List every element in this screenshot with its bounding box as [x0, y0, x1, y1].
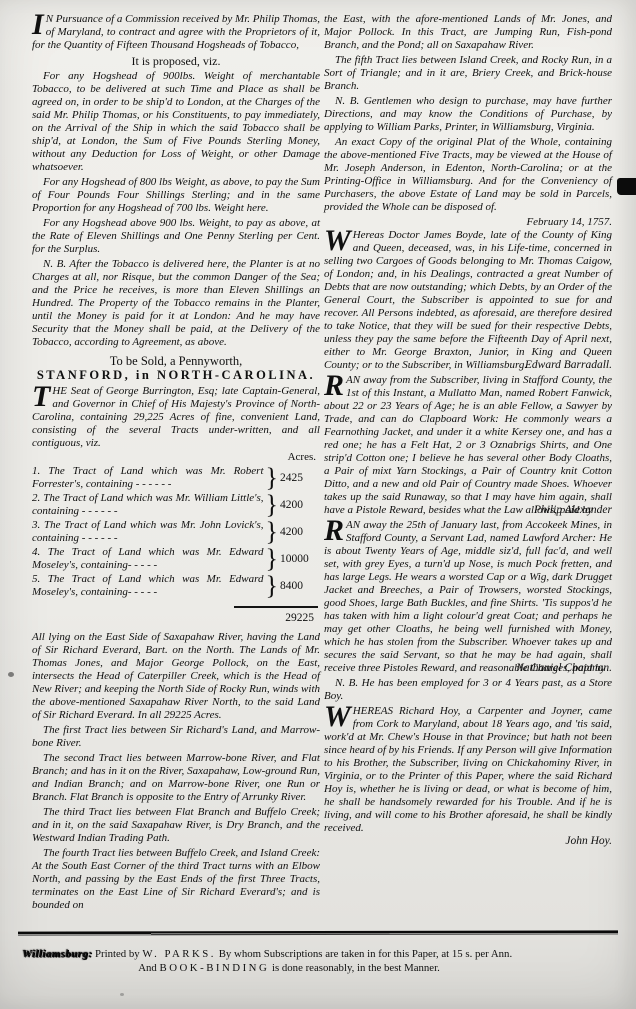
tract-row: 4. The Tract of Land which was Mr. Edwar… — [32, 546, 320, 572]
paragraph-hogshead-800: For any Hogshead of 800 lbs Weight, as a… — [32, 176, 320, 215]
tract-description: 5. The Tract of Land which was Mr. Edwar… — [32, 573, 264, 599]
newspaper-page: IN Pursuance of a Commission received by… — [0, 0, 636, 1009]
date-line: February 14, 1757. — [324, 216, 612, 229]
paragraph-hogshead-above-900: For any Hogshead above 900 lbs. Weight, … — [32, 217, 320, 256]
paragraph-fourth-tract: The fourth Tract lies between Buffelo Cr… — [32, 847, 320, 912]
paragraph-nb-planter: N. B. After the Tobacco is delivered her… — [32, 258, 320, 349]
imprint-line-1: Williamsburg: Printed by W. PARKS. By wh… — [22, 947, 616, 961]
tract-description: 4. The Tract of Land which was Mr. Edwar… — [32, 546, 264, 572]
paper-speck — [8, 672, 14, 677]
imprint-city: Williamsburg: — [22, 948, 92, 960]
imprint-line-2: And BOOK-BINDING is done reasonably, in … — [22, 961, 616, 975]
tract-list: 1. The Tract of Land which was Mr. Rober… — [32, 465, 320, 599]
tract-row: 5. The Tract of Land which was Mr. Edwar… — [32, 573, 320, 599]
tract-row: 2. The Tract of Land which was Mr. Willi… — [32, 492, 320, 518]
paragraph-nb-store-boy: N. B. He has been employed for 3 or 4 Ye… — [324, 677, 612, 703]
tract-description: 2. The Tract of Land which was Mr. Willi… — [32, 492, 264, 518]
tract-description: 3. The Tract of Land which was Mr. John … — [32, 519, 264, 545]
tract-number: 4. — [32, 546, 40, 558]
paragraph-fourth-tract-continued: the East, with the afore-mentioned Lands… — [324, 13, 612, 52]
paragraph-fifth-tract: The fifth Tract lies between Island Cree… — [324, 54, 612, 93]
paragraph-boyde-debts-notice: WHereas Doctor James Boyde, late of the … — [324, 229, 612, 372]
paragraph-third-tract: The third Tract lies between Flat Branch… — [32, 806, 320, 845]
tract-row: 1. The Tract of Land which was Mr. Rober… — [32, 465, 320, 491]
tract-text: The Tract of Land which was Mr. John Lov… — [32, 519, 264, 544]
paragraph-burrington-seat: THE Seat of George Burrington, Esq; late… — [32, 385, 320, 450]
paragraph-runaway-fanwick: RAN away from the Subscriber, living in … — [324, 374, 612, 517]
tract-number: 5. — [32, 573, 40, 585]
brace-glyph: } — [264, 493, 280, 517]
signature-john-hoy: John Hoy. — [324, 835, 612, 848]
printer-imprint: Williamsburg: Printed by W. PARKS. By wh… — [22, 947, 616, 975]
heading-it-is-proposed: It is proposed, viz. — [32, 55, 320, 68]
tract-acres-value: 4200 — [280, 499, 320, 512]
left-column: IN Pursuance of a Commission received by… — [32, 13, 320, 912]
tract-description: 1. The Tract of Land which was Mr. Rober… — [32, 465, 264, 491]
right-column: the East, with the afore-mentioned Lands… — [324, 13, 612, 848]
imprint-bookbinding: BOOK-BINDING — [160, 962, 270, 974]
brace-glyph: } — [264, 547, 280, 571]
paragraph-hogshead-900: For any Hogshead of 900lbs. Weight of me… — [32, 70, 320, 174]
imprint-bookbinding-rest: is done reasonably, in the best Manner. — [272, 962, 440, 974]
tract-number: 1. — [32, 465, 40, 477]
paragraph-commission-intro: IN Pursuance of a Commission received by… — [32, 13, 320, 52]
tract-acres-value: 10000 — [280, 553, 320, 566]
paragraph-first-tract: The first Tract lies between Sir Richard… — [32, 724, 320, 750]
tract-acres-value: 4200 — [280, 526, 320, 539]
total-rule — [234, 606, 318, 608]
imprint-subscriptions-text: By whom Subscriptions are taken in for t… — [219, 948, 512, 960]
paragraph-nb-gentlemen: N. B. Gentlemen who design to purchase, … — [324, 95, 612, 134]
brace-glyph: } — [264, 574, 280, 598]
paragraph-runaway-archer: RAN away the 25th of January last, from … — [324, 519, 612, 675]
bottom-rule — [18, 930, 618, 935]
total-acres-value: 29225 — [32, 612, 320, 625]
imprint-printed-by: Printed by — [95, 948, 140, 960]
ink-smudge — [617, 178, 636, 195]
paragraph-all-lying: All lying on the East Side of Saxapahaw … — [32, 631, 320, 722]
paragraph-exact-copy-plat: An exact Copy of the original Plat of th… — [324, 136, 612, 214]
tract-text: The Tract of Land which was Mr. Robert F… — [32, 465, 264, 490]
imprint-and: And — [138, 962, 157, 974]
paragraph-second-tract: The second Tract lies between Marrow-bon… — [32, 752, 320, 804]
brace-glyph: } — [264, 520, 280, 544]
tract-acres-value: 2425 — [280, 472, 320, 485]
tract-number: 2. — [32, 492, 40, 504]
heading-to-be-sold: To be Sold, a Pennyworth, — [32, 355, 320, 368]
heading-stanford-north-carolina: STANFORD, in NORTH-CAROLINA. — [32, 369, 320, 382]
tract-row: 3. The Tract of Land which was Mr. John … — [32, 519, 320, 545]
tract-text: The Tract of Land which was Mr. Edward M… — [32, 573, 264, 598]
paper-speck — [120, 993, 124, 996]
brace-glyph: } — [264, 466, 280, 490]
tract-acres-value: 8400 — [280, 580, 320, 593]
tract-number: 3. — [32, 519, 40, 531]
tract-text: The Tract of Land which was Mr. William … — [32, 492, 264, 517]
paragraph-richard-hoy-inquiry: WHEREAS Richard Hoy, a Carpenter and Joy… — [324, 705, 612, 835]
imprint-printer-name: W. PARKS. — [142, 948, 216, 960]
tract-text: The Tract of Land which was Mr. Edward M… — [32, 546, 264, 571]
